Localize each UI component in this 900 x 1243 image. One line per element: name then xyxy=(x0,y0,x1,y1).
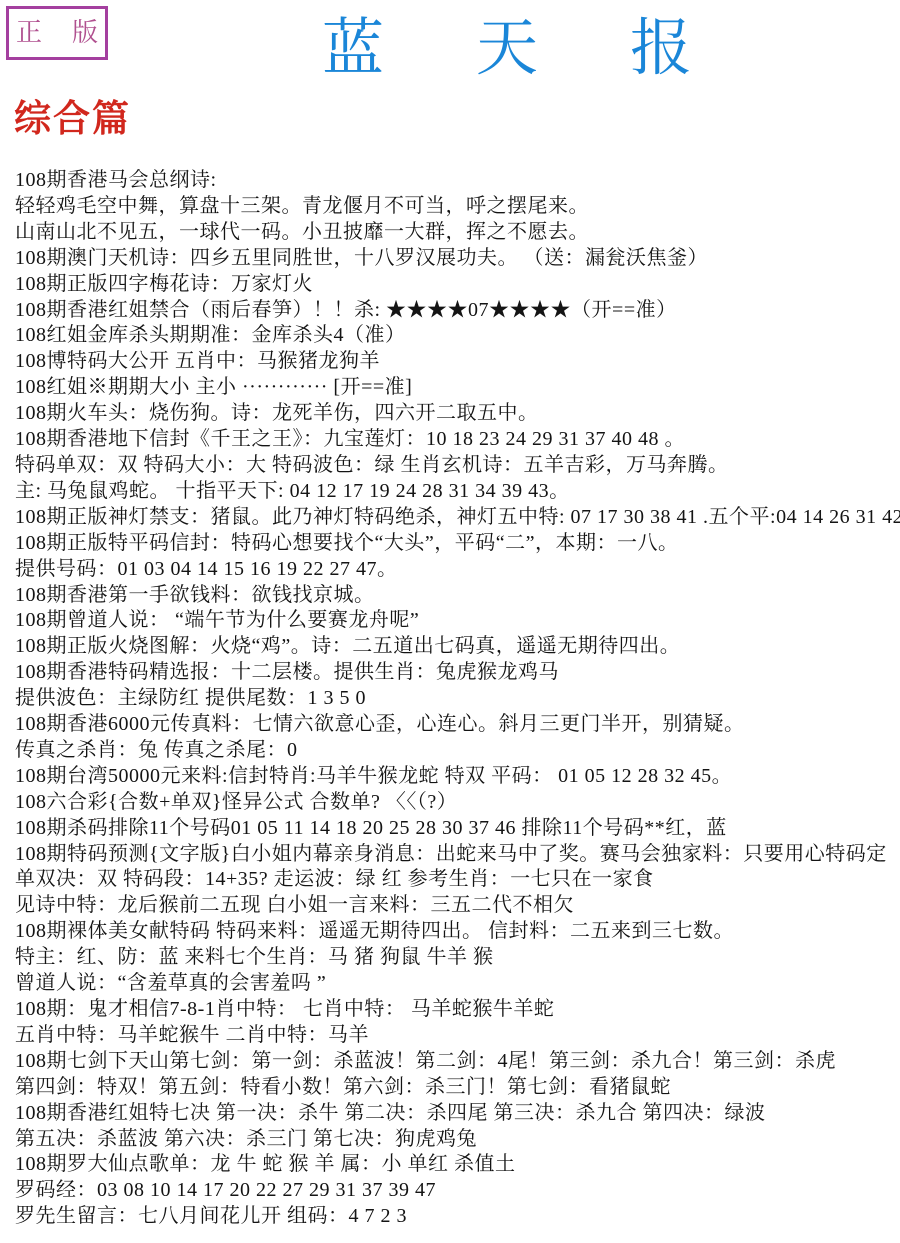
report-line: 108博特码大公开 五肖中：马猴猪龙狗羊 xyxy=(15,349,900,375)
report-line: 108期香港红姐特七决 第一决：杀牛 第二决：杀四尾 第三决：杀九合 第四决：绿… xyxy=(15,1101,900,1127)
report-line: 108红姐※期期大小 主小 ············ [开==准] xyxy=(15,375,900,401)
report-line: 108期香港第一手欲钱料：欲钱找京城。 xyxy=(15,583,900,609)
report-line: 特主：红、防：蓝 来料七个生肖：马 猪 狗鼠 牛羊 猴 xyxy=(15,945,900,971)
page-title: 蓝天报 xyxy=(322,18,784,80)
report-line: 提供波色：主绿防红 提供尾数：1 3 5 0 xyxy=(15,686,900,712)
report-line: 第四剑：特双！第五剑：特看小数！第六剑：杀三门！第七剑：看猪鼠蛇 xyxy=(15,1075,900,1101)
report-line: 主: 马兔鼠鸡蛇。 十指平天下: 04 12 17 19 24 28 31 34… xyxy=(15,479,900,505)
report-line: 108期：鬼才相信7-8-1肖中特： 七肖中特： 马羊蛇猴牛羊蛇 xyxy=(15,997,900,1023)
report-line: 108期火车头：烧伤狗。诗：龙死羊伤，四六开二取五中。 xyxy=(15,401,900,427)
report-line: 108期特码预测{文字版}白小姐内幕亲身消息：出蛇来马中了奖。赛马会独家料：只要… xyxy=(15,842,900,868)
report-line: 第五决：杀蓝波 第六决：杀三门 第七决：狗虎鸡兔 xyxy=(15,1127,900,1153)
lottery-tip-sheet: { "colors": { "title_blue": "#1a86d8", "… xyxy=(0,0,900,1243)
report-line: 108期香港地下信封《千王之王》：九宝莲灯：10 18 23 24 29 31 … xyxy=(15,427,900,453)
report-line: 108期曾道人说： “端午节为什么要赛龙舟呢” xyxy=(15,608,900,634)
report-line: 五肖中特：马羊蛇猴牛 二肖中特：马羊 xyxy=(15,1023,900,1049)
genuine-edition-label: 正版 xyxy=(0,20,128,46)
content-lines: 108期香港马会总纲诗:轻轻鸡毛空中舞，算盘十三架。青龙偃月不可当，呼之摆尾来。… xyxy=(15,168,900,1230)
report-line: 108期台湾50000元来料:信封特肖:马羊牛猴龙蛇 特双 平码： 01 05 … xyxy=(15,764,900,790)
report-line: 108六合彩{合数+单双}怪异公式 合数单? 〈〈（?） xyxy=(15,790,900,816)
report-line: 108期正版四字梅花诗：万家灯火 xyxy=(15,272,900,298)
report-line: 108期正版特平码信封：特码心想要找个“大头”，平码“二”，本期：一八。 xyxy=(15,531,900,557)
report-line: 108期正版火烧图解：火烧“鸡”。诗：二五道出七码真，遥遥无期待四出。 xyxy=(15,634,900,660)
report-line: 轻轻鸡毛空中舞，算盘十三架。青龙偃月不可当，呼之摆尾来。 xyxy=(15,194,900,220)
report-line: 见诗中特：龙后猴前二五现 白小姐一言来料：三五二代不相欠 xyxy=(15,893,900,919)
report-line: 108期正版神灯禁支：猪鼠。此乃神灯特码绝杀，神灯五中特: 07 17 30 3… xyxy=(15,505,900,531)
genuine-edition-stamp: 正版 xyxy=(6,6,108,60)
section-heading: 综合篇 xyxy=(14,98,131,142)
report-line: 108期香港红姐禁合（雨后春笋）！！杀: ★★★★07★★★★（开==准） xyxy=(15,298,900,324)
report-line: 山南山北不见五，一球代一码。小丑披靡一大群，挥之不愿去。 xyxy=(15,220,900,246)
report-line: 108期香港特码精选报：十二层楼。提供生肖：兔虎猴龙鸡马 xyxy=(15,660,900,686)
report-line: 传真之杀肖：兔 传真之杀尾：0 xyxy=(15,738,900,764)
report-line: 108红姐金库杀头期期准：金库杀头4（准） xyxy=(15,323,900,349)
report-line: 罗先生留言：七八月间花儿开 组码：4 7 2 3 xyxy=(15,1204,900,1230)
report-line: 曾道人说：“含羞草真的会害羞吗 ” xyxy=(15,971,900,997)
report-line: 108期香港马会总纲诗: xyxy=(15,168,900,194)
report-line: 108期七剑下天山第七剑：第一剑：杀蓝波！第二剑：4尾！第三剑：杀九合！第三剑：… xyxy=(15,1049,900,1075)
report-line: 单双决：双 特码段：14+35? 走运波：绿 红 参考生肖：一七只在一家食 xyxy=(15,867,900,893)
report-line: 108期澳门天机诗：四乡五里同胜世，十八罗汉展功夫。 （送：漏瓮沃焦釜） xyxy=(15,246,900,272)
report-line: 提供号码：01 03 04 14 15 16 19 22 27 47。 xyxy=(15,557,900,583)
report-line: 罗码经：03 08 10 14 17 20 22 27 29 31 37 39 … xyxy=(15,1178,900,1204)
report-line: 108期裸体美女献特码 特码来料：遥遥无期待四出。 信封料：二五来到三七数。 xyxy=(15,919,900,945)
report-line: 108期香港6000元传真料：七情六欲意心歪，心连心。斜月三更门半开，别猜疑。 xyxy=(15,712,900,738)
report-line: 特码单双：双 特码大小：大 特码波色：绿 生肖玄机诗：五羊吉彩，万马奔腾。 xyxy=(15,453,900,479)
report-line: 108期罗大仙点歌单：龙 牛 蛇 猴 羊 属：小 单红 杀值土 xyxy=(15,1152,900,1178)
report-line: 108期杀码排除11个号码01 05 11 14 18 20 25 28 30 … xyxy=(15,816,900,842)
